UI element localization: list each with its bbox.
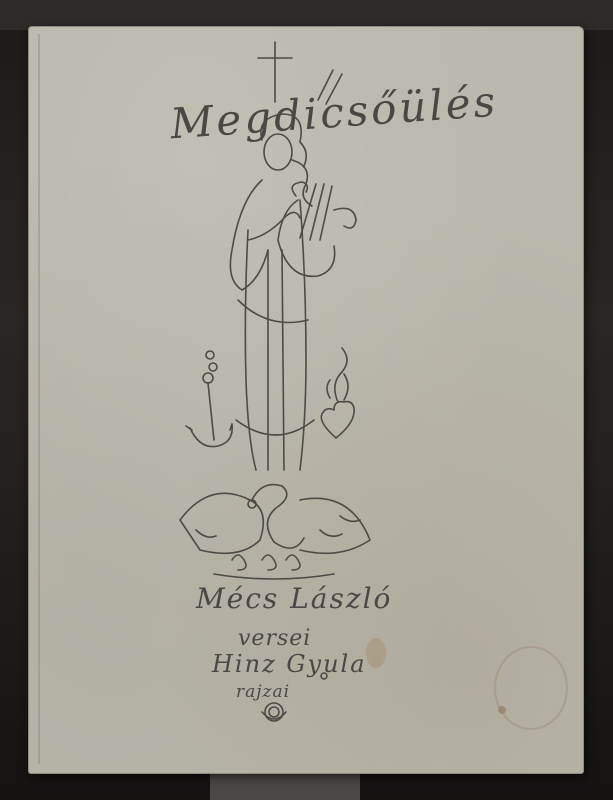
anchor-icon xyxy=(186,351,232,447)
illustrator-name: Hinz Gyula xyxy=(212,650,367,678)
swan-icon xyxy=(180,485,370,579)
flaming-heart-icon xyxy=(321,348,354,438)
verses-label: versei xyxy=(238,626,311,651)
figure-icon xyxy=(230,114,314,470)
lyre-icon xyxy=(278,182,356,276)
author-name: Mécs László xyxy=(196,582,392,615)
drawings-label: rajzai xyxy=(236,682,290,702)
